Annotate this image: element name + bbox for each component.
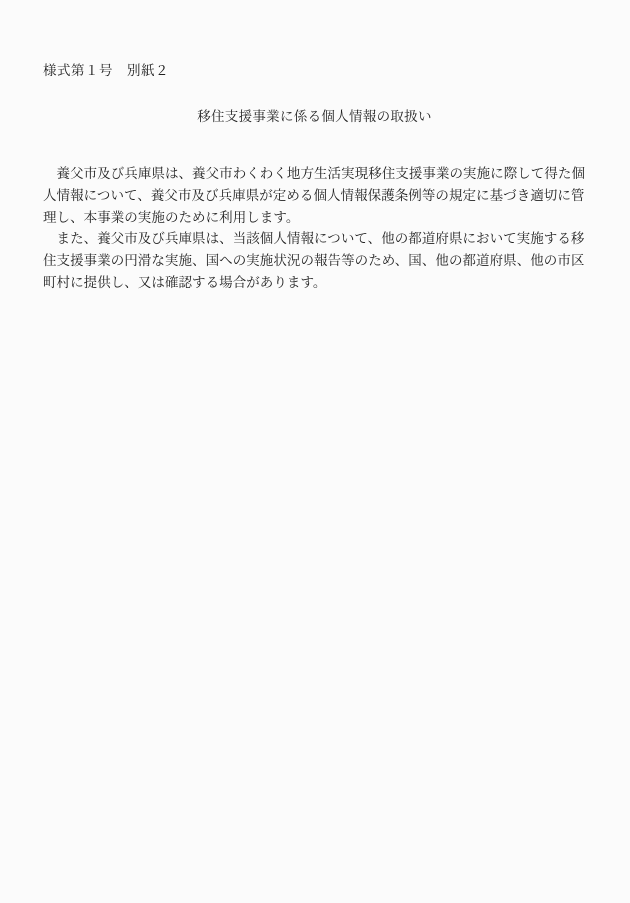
document-page: 様式第１号 別紙２ 移住支援事業に係る個人情報の取扱い 養父市及び兵庫県は、養父…	[0, 0, 630, 903]
document-title: 移住支援事業に係る個人情報の取扱い	[43, 108, 586, 126]
paragraph-usage: 養父市及び兵庫県は、養父市わくわく地方生活実現移住支援事業の実施に際して得た個 …	[43, 163, 586, 228]
body-line: 理し、本事業の実施のために利用します。	[43, 207, 586, 229]
body-line: 養父市及び兵庫県は、養父市わくわく地方生活実現移住支援事業の実施に際して得た個	[43, 163, 586, 185]
paragraph-sharing: また、養父市及び兵庫県は、当該個人情報について、他の都道府県において実施する移 …	[43, 228, 586, 293]
body-line: 住支援事業の円滑な実施、国への実施状況の報告等のため、国、他の都道府県、他の市区	[43, 250, 586, 272]
body-line: 人情報について、養父市及び兵庫県が定める個人情報保護条例等の規定に基づき適切に管	[43, 185, 586, 207]
body-line: また、養父市及び兵庫県は、当該個人情報について、他の都道府県において実施する移	[43, 228, 586, 250]
body-line: 町村に提供し、又は確認する場合があります。	[43, 272, 586, 294]
document-body: 養父市及び兵庫県は、養父市わくわく地方生活実現移住支援事業の実施に際して得た個 …	[43, 163, 586, 294]
form-number-label: 様式第１号 別紙２	[43, 62, 586, 80]
